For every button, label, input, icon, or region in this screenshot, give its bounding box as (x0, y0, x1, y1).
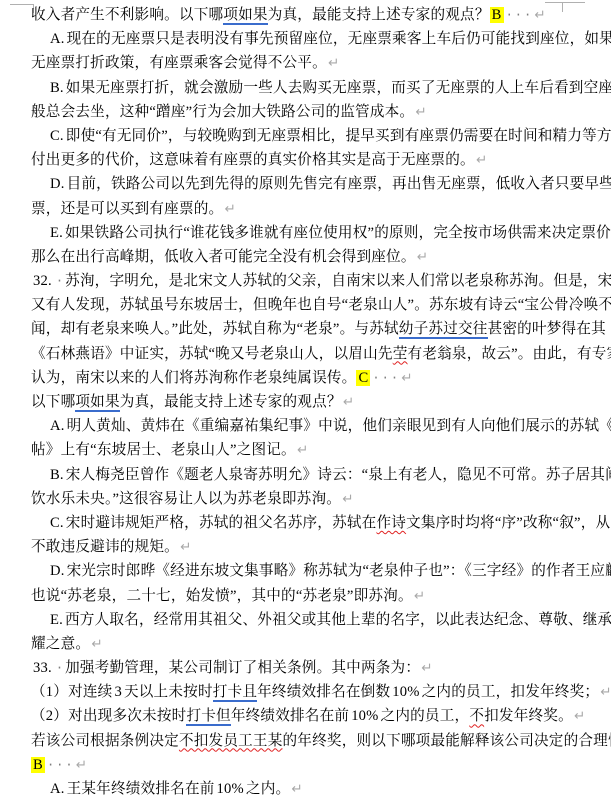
space-format-marks: ··· (372, 371, 400, 385)
text-segment: 也说“苏老泉，二十七，始发愤”，其中的“苏老泉”即苏洵。 (31, 588, 413, 604)
paragraph-mark-icon: ↵ (342, 491, 354, 507)
text-segment: 饮水乐未央。”这很容易让人以为苏老泉即苏洵。 (31, 491, 341, 507)
text-line: 以下哪项如果为真，最能支持上述专家的观点？↵ (31, 390, 591, 414)
paragraph-mark-icon: ↵ (600, 684, 611, 700)
grammar-check-underline: 打卡且 (213, 684, 257, 702)
space-format-marks: · (56, 274, 65, 288)
text-line: 无座票打折政策，有座票乘客会觉得不公平。↵ (31, 51, 591, 75)
paragraph-mark-icon: ↵ (76, 757, 88, 773)
text-segment: C. (50, 515, 64, 531)
text-segment: （1）对连续 (31, 684, 112, 700)
text-line: D.宋光宗时郎晔《经进东坡文集事略》称苏轼为“老泉仲子也”：《三字经》的作者王应… (31, 559, 591, 583)
document-page: { "colors": { "page_background": "#fffff… (0, 0, 611, 811)
paragraph-mark-icon: ↵ (415, 104, 427, 120)
text-line: 帖》上有“东坡居士、老泉山人”之图记。↵ (31, 438, 591, 462)
text-segment: 又有人发现，苏轼虽号东坡居士，但晚年也自号“老泉山人”。苏东坡有诗云“宝公骨冷唤… (31, 297, 611, 313)
text-segment: 之内。 (246, 781, 290, 797)
text-line: 收入者产生不利影响。以下哪项如果为真，最能支持上述专家的观点？B···↵ (31, 3, 591, 27)
text-segment: 年终绩效排名在前 (231, 708, 349, 724)
text-line: 也说“苏老泉，二十七，始发愤”，其中的“苏老泉”即苏洵。↵ (31, 584, 591, 608)
paragraph-mark-icon: ↵ (297, 442, 309, 458)
text-line: 33.·加强考勤管理，某公司制订了相关条例。其中两条为：↵ (31, 656, 591, 680)
text-segment: B. (50, 80, 64, 96)
text-segment: 苏洵，字明允，是北宋文人苏轼的父亲，自南宋以来人们常以老泉称苏洵。但是，宋以后 (65, 273, 611, 289)
text-line: E.如果铁路公司执行“谁花钱多谁就有座位使用权”的原则，完全按市场供需来决定票价… (31, 221, 591, 245)
answer-highlight: C (356, 370, 370, 386)
paragraph-mark-icon: ↵ (476, 152, 488, 168)
paragraph-mark-icon: ↵ (421, 660, 433, 676)
spellcheck-underline: 作诗 (376, 515, 406, 531)
text-line: 闻，却有老泉来唤人。”此处，苏轼自称为“老泉”。与苏轼幼子苏过交往甚密的叶梦得在… (31, 317, 591, 341)
text-segment: 10% (392, 684, 419, 700)
text-segment: 10% (351, 708, 378, 724)
spellcheck-underline: 不扣发员工王某 (179, 733, 283, 749)
text-line: 不敢违反避讳的规矩。↵ (31, 535, 591, 559)
paragraph-mark-icon: ↵ (414, 588, 426, 604)
text-segment: 如果铁路公司执行“谁花钱多谁就有座位使用权”的原则，完全按市场供需来决定票价， (65, 225, 611, 241)
grammar-check-underline: 项如果 (75, 394, 119, 412)
text-segment: 天以上未按时 (124, 684, 213, 700)
text-segment: A. (50, 31, 65, 47)
text-segment: 无座票打折政策，有座票乘客会觉得不公平。 (31, 55, 327, 71)
text-line: 又有人发现，苏轼虽号东坡居士，但晚年也自号“老泉山人”。苏东坡有诗云“宝公骨冷唤… (31, 293, 591, 317)
paragraph-mark-icon: ↵ (343, 394, 355, 410)
spellcheck-underline: 茔 (393, 346, 408, 362)
text-segment: E. (50, 225, 63, 241)
text-segment: 收入者产生不利影响。以下哪 (31, 7, 223, 23)
text-segment: 西方人取名，经常用其祖父、外祖父或其他上辈的名字，以此表达纪念、尊敬、继承或荣 (65, 612, 611, 628)
text-segment: 付出更多的代价，这意味着有座票的真实价格其实是高于无座票的。 (31, 152, 475, 168)
paragraph-mark-icon: ↵ (91, 636, 103, 652)
text-segment: 宋人梅尧臣曾作《题老人泉寄苏明允》诗云：“泉上有老人，隐见不可常。苏子居其间， (66, 467, 611, 483)
paragraph-mark-icon: ↵ (180, 539, 192, 555)
text-line: （1）对连续3天以上未按时打卡且年终绩效排名在倒数10%之内的员工，扣发年终奖；… (31, 680, 591, 704)
text-segment: 的年终奖，则以下哪项最能解释该公司决定的合理性？ (283, 733, 611, 749)
text-segment: A. (50, 781, 65, 797)
text-segment: 目前，铁路公司以先到先得的原则先售完有座票，再出售无座票，低收入者只要早些去抢 (67, 176, 611, 192)
text-segment: 若该公司根据条例决定 (31, 733, 179, 749)
text-line: 般总会去坐，这种“蹭座”行为会加大铁路公司的监管成本。↵ (31, 100, 591, 124)
text-segment: 那么在出行高峰期，低收入者可能完全没有机会得到座位。 (31, 249, 416, 265)
document-lines: 收入者产生不利影响。以下哪项如果为真，最能支持上述专家的观点？B···↵A.现在… (31, 3, 591, 801)
text-segment: 之内的员工， (381, 708, 470, 724)
space-format-marks: ··· (47, 758, 75, 772)
text-segment: （2）对出现多次未按时 (31, 708, 186, 724)
text-segment: 以下哪 (31, 394, 75, 410)
text-line: E.西方人取名，经常用其祖父、外祖父或其他上辈的名字，以此表达纪念、尊敬、继承或… (31, 608, 591, 632)
paragraph-mark-icon: ↵ (401, 370, 413, 386)
text-segment: 有老翁泉，故云”。由此，有专家 (408, 346, 611, 362)
text-line: D.目前，铁路公司以先到先得的原则先售完有座票，再出售无座票，低收入者只要早些去… (31, 172, 591, 196)
text-segment: 票，还是可以买到有座票的。 (31, 201, 223, 217)
text-segment: 耀之意。 (31, 636, 90, 652)
text-line: A.王某年终绩效排名在前10%之内。↵ (31, 777, 591, 801)
text-line: 若该公司根据条例决定不扣发员工王某的年终奖，则以下哪项最能解释该公司决定的合理性… (31, 729, 591, 753)
text-segment: 之内的员工，扣发年终奖； (422, 684, 600, 700)
text-line: 耀之意。↵ (31, 632, 591, 656)
space-format-marks: · (56, 661, 65, 675)
text-line: 那么在出行高峰期，低收入者可能完全没有机会得到座位。↵ (31, 245, 591, 269)
text-segment: 宋时避讳规矩严格，苏轼的祖父名苏序，苏轼在 (66, 515, 377, 531)
text-segment: 加强考勤管理，某公司制订了相关条例。其中两条为： (65, 660, 420, 676)
text-segment: 33. (33, 660, 52, 676)
text-line: C.即使“有无同价”，与较晚购到无座票相比，提早买到有座票仍需要在时间和精力等方… (31, 124, 591, 148)
text-line: C.宋时避讳规矩严格，苏轼的祖父名苏序，苏轼在作诗文集序时均将“序”改称“叙”，… (31, 511, 591, 535)
text-segment: 年终绩效排名在倒数 (257, 684, 390, 700)
text-segment: C. (50, 128, 64, 144)
text-segment: 王某年终绩效排名在前 (67, 781, 215, 797)
text-segment: 般总会去坐，这种“蹭座”行为会加大铁路公司的监管成本。 (31, 104, 414, 120)
paragraph-mark-icon: ↵ (574, 708, 586, 724)
paragraph-mark-icon: ↵ (328, 55, 340, 71)
text-line: B.宋人梅尧臣曾作《题老人泉寄苏明允》诗云：“泉上有老人，隐见不可常。苏子居其间… (31, 463, 591, 487)
text-line: 票，还是可以买到有座票的。↵ (31, 197, 591, 221)
text-segment: B. (50, 467, 64, 483)
text-line: 饮水乐未央。”这很容易让人以为苏老泉即苏洵。↵ (31, 487, 591, 511)
paragraph-mark-icon: ↵ (224, 201, 236, 217)
text-segment: 为真，最能支持上述专家的观点？ (120, 394, 342, 410)
text-segment: 宋光宗时郎晔《经进东坡文集事略》称苏轼为“老泉仲子也”：《三字经》的作者王应麟 (67, 563, 611, 579)
text-segment: D. (50, 563, 65, 579)
text-segment: 如果无座票打折，就会激励一些人去购买无座票，而买了无座票的人上车后看到空座位一 (66, 80, 611, 96)
text-segment: 32. (33, 273, 52, 289)
text-line: 32.·苏洵，字明允，是北宋文人苏轼的父亲，自南宋以来人们常以老泉称苏洵。但是，… (31, 269, 591, 293)
text-line: 《石林燕语》中证实，苏轼“晚又号老泉山人，以眉山先茔有老翁泉，故云”。由此，有专… (31, 342, 591, 366)
paragraph-mark-icon: ↵ (417, 249, 429, 265)
text-segment: 10% (217, 781, 244, 797)
grammar-check-underline: 项如果 (223, 7, 267, 25)
text-segment: 3 (114, 684, 122, 700)
space-format-marks: ··· (506, 8, 534, 22)
grammar-check-underline: 打卡但 (186, 708, 230, 726)
text-line: B···↵ (31, 753, 591, 777)
text-segment: E. (50, 612, 63, 628)
text-segment: A. (50, 418, 65, 434)
grammar-check-underline: 幼子苏过交往 (399, 321, 488, 339)
text-line: A.现在的无座票只是表明没有事先预留座位，无座票乘客上车后仍可能找到座位，如果实… (31, 27, 591, 51)
text-segment: 文集序时均将“序”改称“叙”，从 (406, 515, 610, 531)
text-line: 付出更多的代价，这意味着有座票的真实价格其实是高于无座票的。↵ (31, 148, 591, 172)
text-segment: 甚密的叶梦得在其 (488, 321, 606, 337)
paragraph-mark-icon: ↵ (534, 7, 546, 23)
text-segment: 认为，南宋以来的人们将苏洵称作老泉纯属误传。 (31, 370, 356, 386)
text-segment: 扣发年终奖。 (484, 708, 573, 724)
text-segment: 现在的无座票只是表明没有事先预留座位，无座票乘客上车后仍可能找到座位，如果实行 (67, 31, 611, 47)
answer-highlight: B (490, 7, 504, 23)
text-segment: 闻，却有老泉来唤人。”此处，苏轼自称为“老泉”。与苏轼 (31, 321, 399, 337)
text-segment: 不敢违反避讳的规矩。 (31, 539, 179, 555)
text-segment: 《石林燕语》中证实，苏轼“晚又号老泉山人，以眉山先 (31, 346, 393, 362)
text-segment: 帖》上有“东坡居士、老泉山人”之图记。 (31, 442, 296, 458)
answer-highlight: B (31, 757, 45, 773)
text-line: A.明人黄灿、黄炜在《重编嘉祐集纪事》中说，他们亲眼见到有人向他们展示的苏轼《阳… (31, 414, 591, 438)
text-segment: D. (50, 176, 65, 192)
text-line: 认为，南宋以来的人们将苏洵称作老泉纯属误传。C···↵ (31, 366, 591, 390)
text-line: （2）对出现多次未按时打卡但年终绩效排名在前10%之内的员工，不扣发年终奖。↵ (31, 704, 591, 728)
text-segment: 明人黄灿、黄炜在《重编嘉祐集纪事》中说，他们亲眼见到有人向他们展示的苏轼《阳羡 (67, 418, 611, 434)
text-line: B.如果无座票打折，就会激励一些人去购买无座票，而买了无座票的人上车后看到空座位… (31, 76, 591, 100)
text-segment: 即使“有无同价”，与较晚购到无座票相比，提早买到有座票仍需要在时间和精力等方面 (66, 128, 611, 144)
text-segment: 为真，最能支持上述专家的观点？ (268, 7, 490, 23)
paragraph-mark-icon: ↵ (291, 781, 303, 797)
spellcheck-underline: 不 (469, 708, 484, 724)
